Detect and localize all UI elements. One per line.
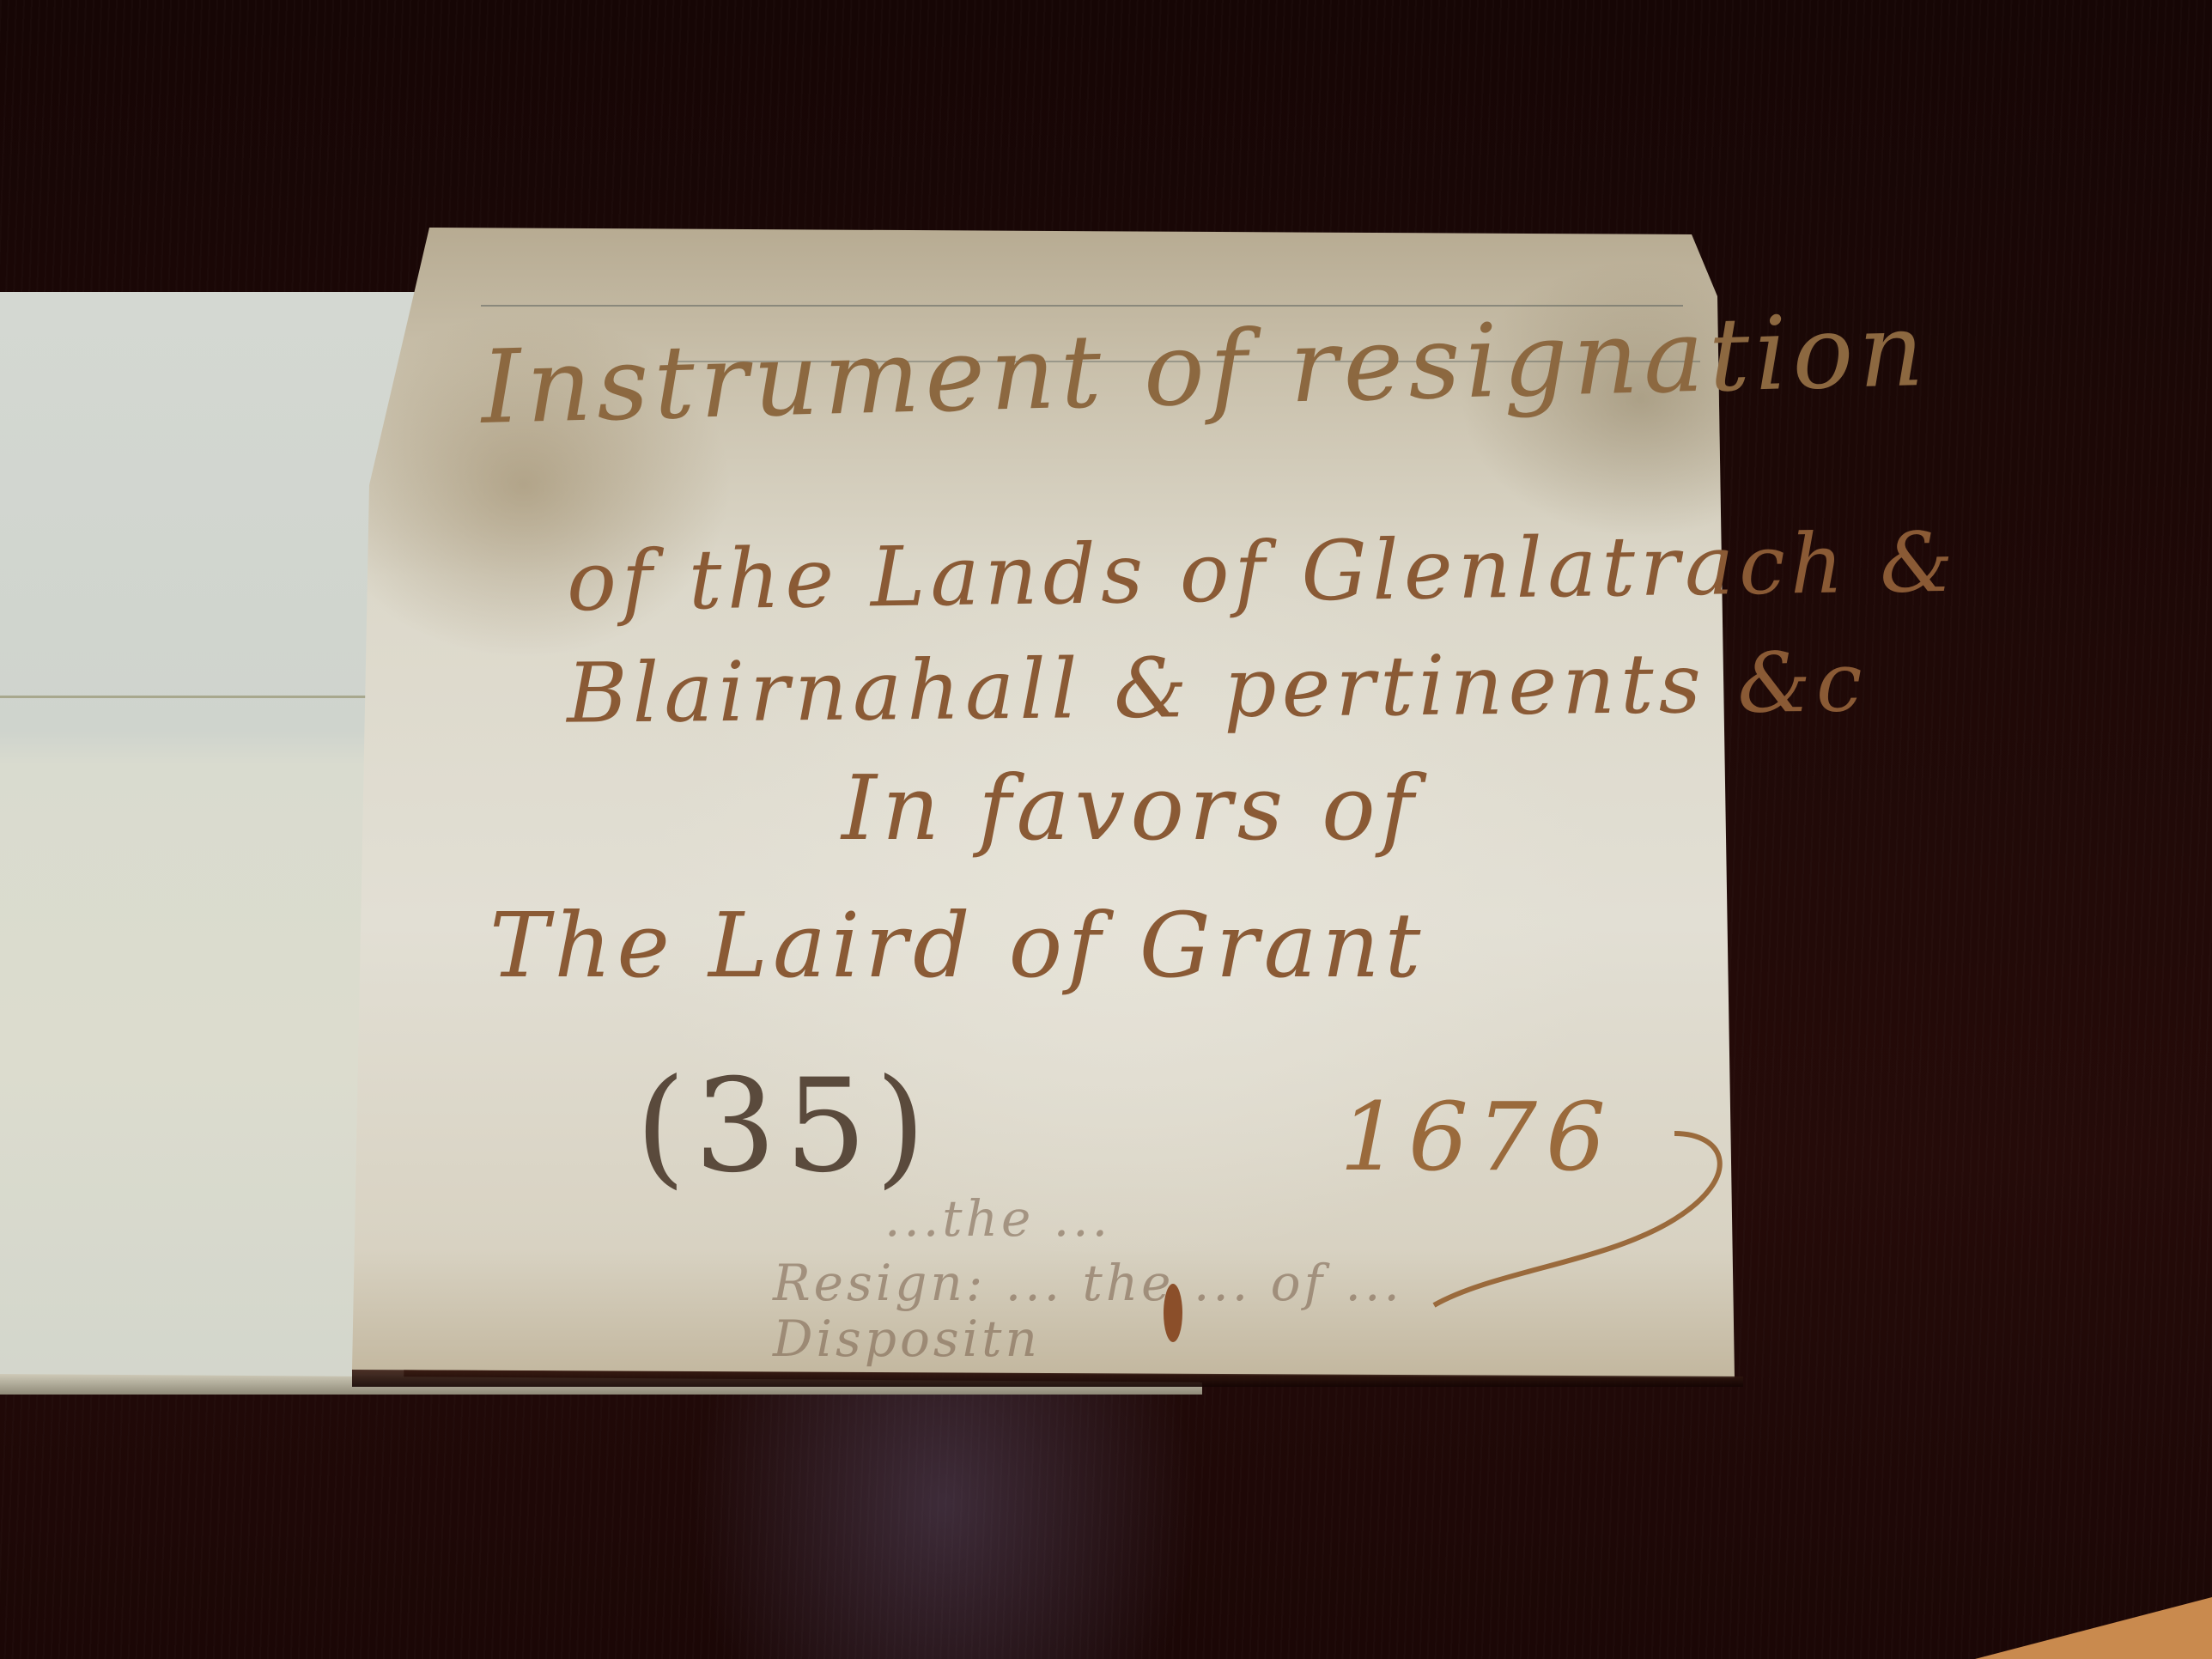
photo-scene: Instrument of resignation of the Lands o…	[0, 0, 2212, 1659]
faint-annotation: Resign: ... the ... of ...	[773, 1254, 1403, 1312]
endorsement-line: Blairnahall & pertinents &c	[567, 634, 1868, 741]
reference-number: (35)	[635, 1052, 934, 1201]
endorsement-line: The Laird of Grant	[489, 893, 1425, 998]
endorsement-line: In favors of	[842, 756, 1419, 860]
faint-annotation: ...the ...	[884, 1189, 1111, 1248]
parchment-fold-line	[0, 696, 395, 698]
faint-annotation: Dispositn	[773, 1310, 1041, 1368]
ink-blot	[1164, 1284, 1182, 1342]
endorsement-line: of the Lands of Glenlatrach &	[566, 514, 1959, 630]
flourish-icon	[1417, 1125, 1760, 1314]
